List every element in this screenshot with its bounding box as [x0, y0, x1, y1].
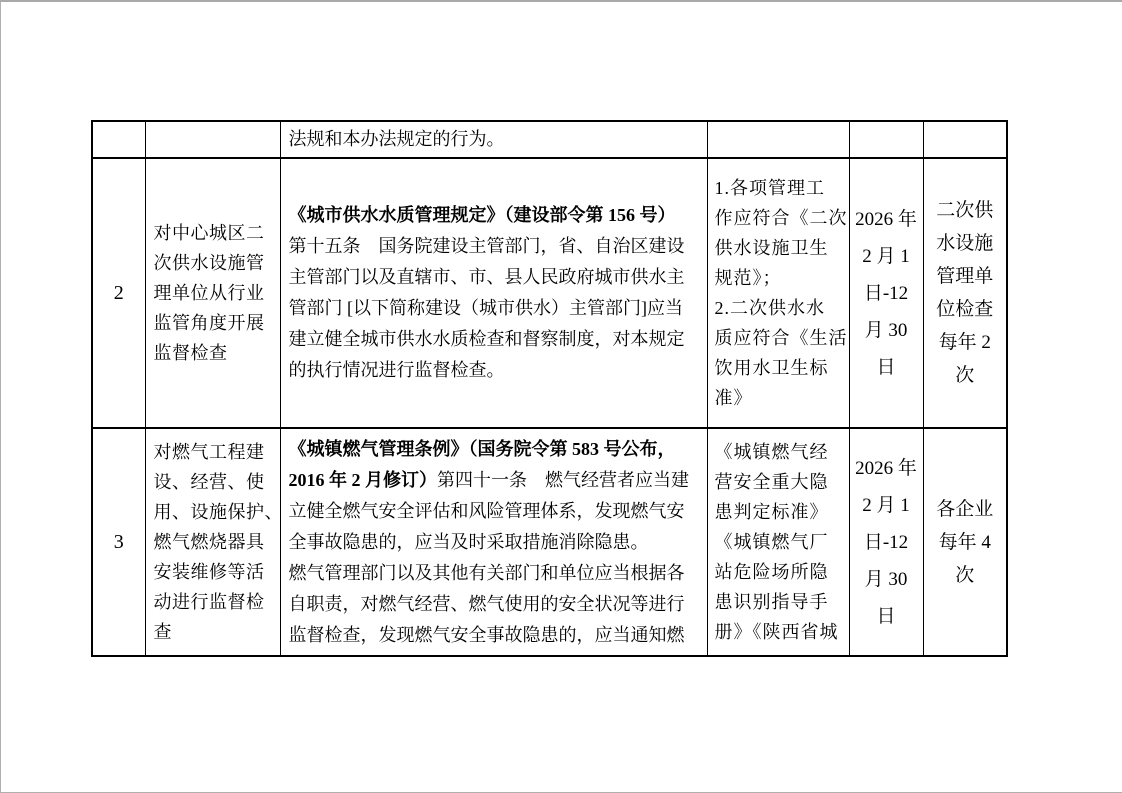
text-line: 主管部门以及直辖市、市、县人民政府城市供水主 [289, 262, 703, 293]
text-line: 《城镇燃气管理条例》（国务院令第 583 号公布， [289, 434, 703, 465]
law-title-text: 《城镇燃气管理条例》（国务院令第 583 号公布， [289, 439, 676, 459]
standards-cell [707, 121, 849, 158]
body-text: 管部门 [以下简称建设（城市供水）主管部门]应当 [289, 298, 684, 318]
legal-basis-cell: 《城镇燃气管理条例》（国务院令第 583 号公布，2016 年 2 月修订）第四… [280, 428, 707, 656]
date-cell: 2026 年 2 月 1 日-12 月 30 日 [849, 428, 923, 656]
text-line: 立健全燃气安全评估和风险管理体系，发现燃气安 [289, 496, 703, 527]
document-page: 法规和本办法规定的行为。 2 对中心城区二 次供水设施管 理单位从行业 监管角度… [0, 0, 1122, 793]
law-title-text: 《城市供水水质管理规定》（建设部令第 156 号） [289, 205, 676, 225]
text-line: 建立健全城市供水水质检查和督察制度，对本规定 [289, 324, 703, 355]
table-row-carryover: 法规和本办法规定的行为。 [92, 121, 1007, 158]
legal-basis-cell: 法规和本办法规定的行为。 [280, 121, 707, 158]
table-row-3: 3 对燃气工程建 设、经营、使 用、设施保护、 燃气燃烧器具 安装维修等活 动进… [92, 428, 1007, 656]
text-line: 自职责，对燃气经营、燃气使用的安全状况等进行 [289, 589, 703, 620]
body-text: 法规和本办法规定的行为。 [289, 129, 505, 149]
row-number-cell: 2 [92, 158, 145, 428]
body-text: 建立健全城市供水水质检查和督察制度，对本规定 [289, 329, 685, 349]
body-text: 第十五条 国务院建设主管部门，省、自治区建设 [289, 236, 685, 256]
row-number-cell: 3 [92, 428, 145, 656]
text-line: 的执行情况进行监督检查。 [289, 355, 703, 386]
body-text: 的执行情况进行监督检查。 [289, 360, 505, 380]
standards-cell: 1.各项管理工 作应符合《二次 供水设施卫生 规范》； 2.二次供水水 质应符合… [707, 158, 849, 428]
standards-cell: 《城镇燃气经 营安全重大隐 患判定标准》 《城镇燃气厂 站危险场所隐 患识别指导… [707, 428, 849, 656]
inspection-table: 法规和本办法规定的行为。 2 对中心城区二 次供水设施管 理单位从行业 监管角度… [91, 120, 1008, 657]
frequency-cell [923, 121, 1007, 158]
item-cell: 对中心城区二 次供水设施管 理单位从行业 监管角度开展 监督检查 [145, 158, 280, 428]
date-cell: 2026 年 2 月 1 日-12 月 30 日 [849, 158, 923, 428]
body-text: 全事故隐患的，应当及时采取措施消除隐患。 [289, 532, 649, 552]
text-line: 2016 年 2 月修订）第四十一条 燃气经营者应当建 [289, 465, 703, 496]
body-text: 立健全燃气安全评估和风险管理体系，发现燃气安 [289, 501, 685, 521]
text-line: 监督检查，发现燃气安全事故隐患的，应当通知燃 [289, 620, 703, 651]
frequency-cell: 二次供 水设施 管理单 位检查 每年 2 次 [923, 158, 1007, 428]
text-line: 第十五条 国务院建设主管部门，省、自治区建设 [289, 231, 703, 262]
text-line: 管部门 [以下简称建设（城市供水）主管部门]应当 [289, 293, 703, 324]
table-row-2: 2 对中心城区二 次供水设施管 理单位从行业 监管角度开展 监督检查 《城市供水… [92, 158, 1007, 428]
text-line: 燃气管理部门以及其他有关部门和单位应当根据各 [289, 558, 703, 589]
frequency-cell: 各企业 每年 4 次 [923, 428, 1007, 656]
date-cell [849, 121, 923, 158]
legal-basis-cell: 《城市供水水质管理规定》（建设部令第 156 号）第十五条 国务院建设主管部门，… [280, 158, 707, 428]
body-text: 第四十一条 燃气经营者应当建 [437, 470, 689, 490]
text-line: 法规和本办法规定的行为。 [289, 124, 703, 155]
text-line: 《城市供水水质管理规定》（建设部令第 156 号） [289, 200, 703, 231]
item-cell [145, 121, 280, 158]
row-number-cell [92, 121, 145, 158]
body-text: 主管部门以及直辖市、市、县人民政府城市供水主 [289, 267, 685, 287]
body-text: 自职责，对燃气经营、燃气使用的安全状况等进行 [289, 594, 685, 614]
item-cell: 对燃气工程建 设、经营、使 用、设施保护、 燃气燃烧器具 安装维修等活 动进行监… [145, 428, 280, 656]
text-line: 全事故隐患的，应当及时采取措施消除隐患。 [289, 527, 703, 558]
body-text: 燃气管理部门以及其他有关部门和单位应当根据各 [289, 563, 685, 583]
law-title-text: 2016 年 2 月修订） [289, 470, 438, 490]
body-text: 监督检查，发现燃气安全事故隐患的，应当通知燃 [289, 625, 685, 645]
